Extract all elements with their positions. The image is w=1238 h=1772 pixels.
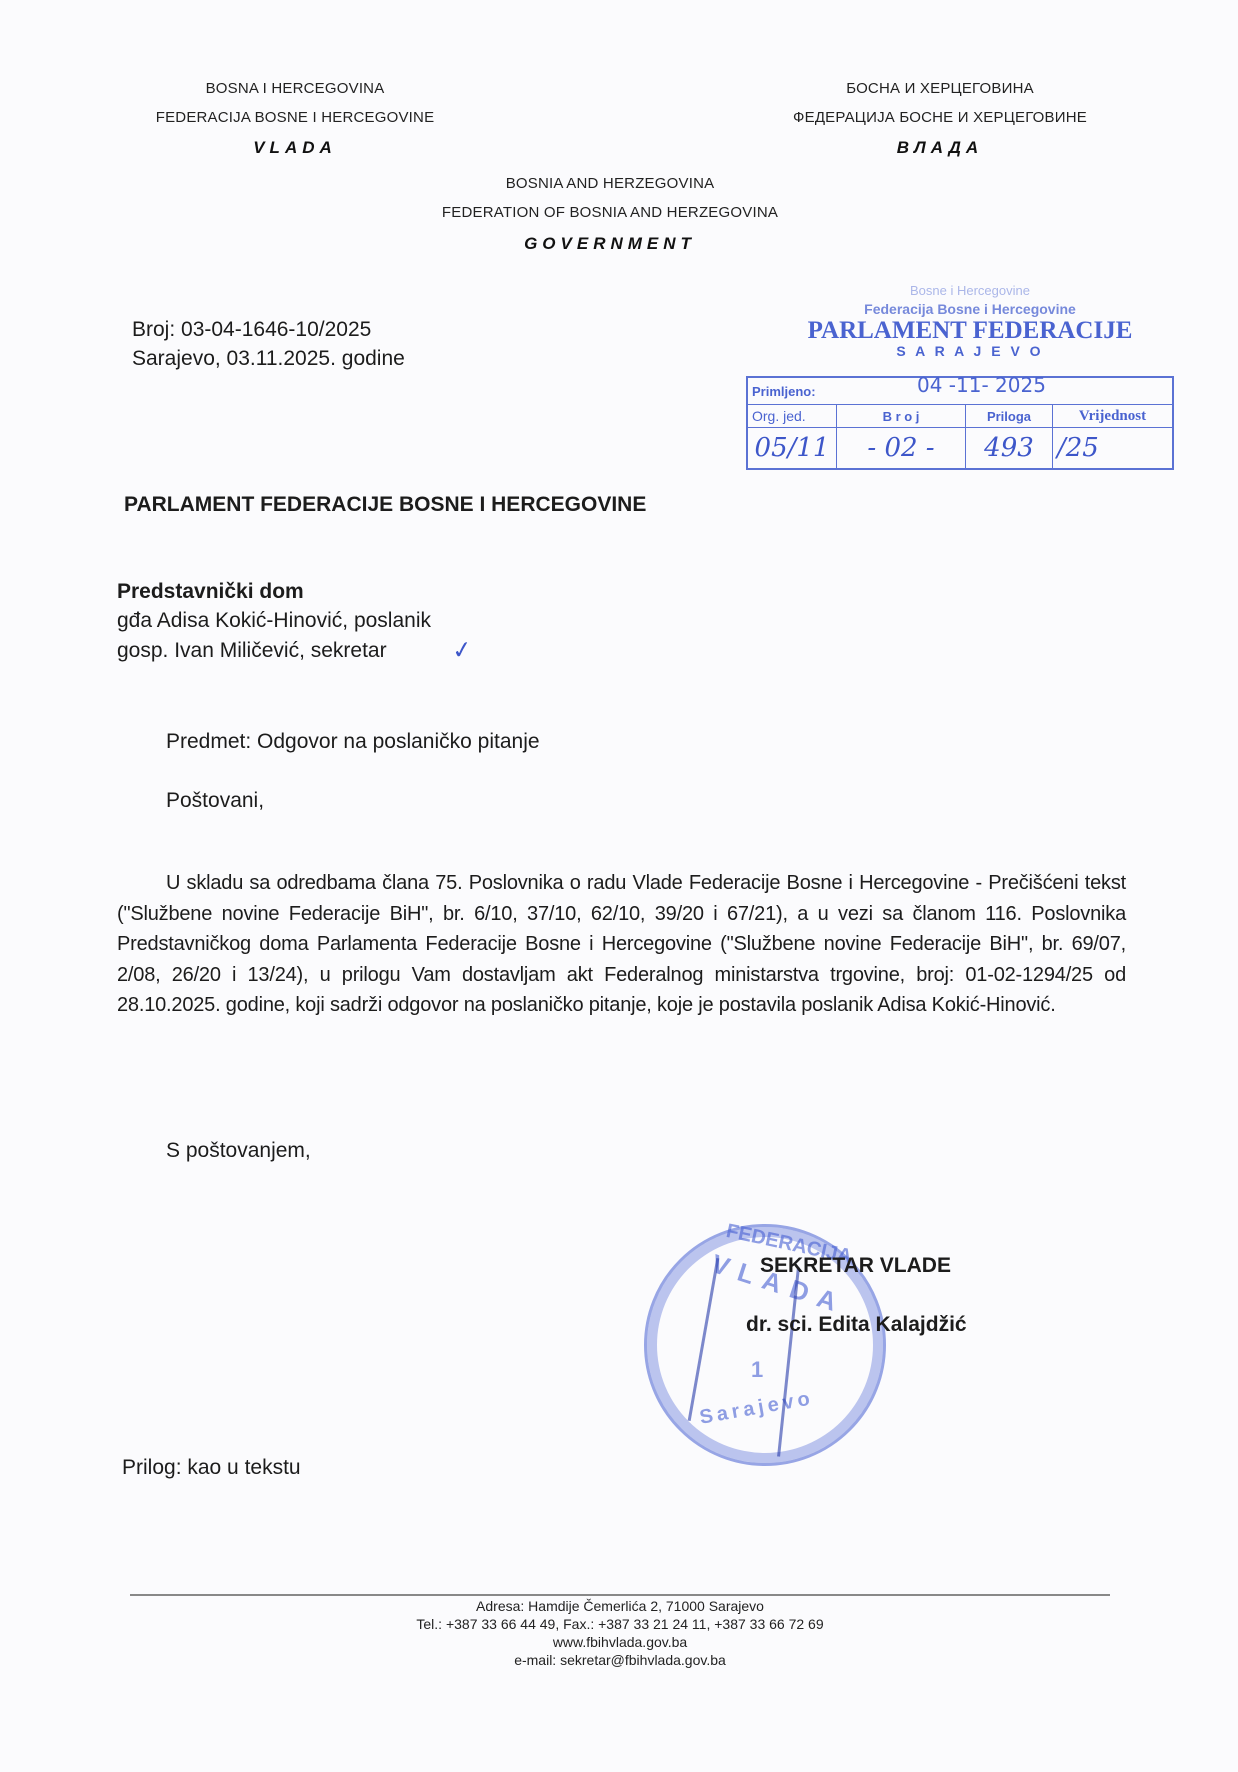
value-vrijednost: /25 bbox=[1053, 428, 1174, 470]
footer-phone: Tel.: +387 33 66 44 49, Fax.: +387 33 21… bbox=[130, 1616, 1110, 1633]
reference-number: Broj: 03-04-1646-10/2025 bbox=[132, 315, 371, 344]
recipient-house: Predstavnički dom bbox=[117, 577, 304, 606]
letterhead-center-title: GOVERNMENT bbox=[410, 234, 810, 254]
footer-website[interactable]: www.fbihvlada.gov.ba bbox=[130, 1634, 1110, 1651]
value-priloga: 493 bbox=[966, 428, 1053, 470]
col-priloga: Priloga bbox=[966, 405, 1053, 428]
col-vrijednost: Vrijednost bbox=[1053, 405, 1174, 428]
stamp-line3: PARLAMENT FEDERACIJE bbox=[760, 318, 1180, 343]
col-org: Org. jed. bbox=[747, 405, 837, 428]
footer-email[interactable]: e-mail: sekretar@fbihvlada.gov.ba bbox=[130, 1652, 1110, 1669]
letter-body: U skladu sa odredbama člana 75. Poslovni… bbox=[117, 868, 1126, 1021]
received-date: 04 -11- 2025 bbox=[917, 373, 1046, 397]
closing: S poštovanjem, bbox=[166, 1136, 311, 1165]
attachment-note: Prilog: kao u tekstu bbox=[122, 1453, 301, 1482]
stamp-line1: Bosne i Hercegovine bbox=[760, 284, 1180, 297]
signatory-name: dr. sci. Edita Kalajdžić bbox=[746, 1310, 967, 1339]
value-org: 05/11 bbox=[747, 428, 837, 470]
letterhead-right-line1: БОСНА И ХЕРЦЕГОВИНА bbox=[760, 80, 1120, 97]
signatory-title: SEKRETAR VLADE bbox=[760, 1251, 951, 1280]
value-broj: - 02 - bbox=[837, 428, 966, 470]
letterhead-right-line2: ФЕДЕРАЦИЈА БОСНЕ И ХЕРЦЕГОВИНЕ bbox=[760, 109, 1120, 126]
recipient-institution: PARLAMENT FEDERACIJE BOSNE I HERCEGOVINE bbox=[124, 490, 646, 519]
letterhead-center-line2: FEDERATION OF BOSNIA AND HERZEGOVINA bbox=[410, 204, 810, 221]
reference-date: Sarajevo, 03.11.2025. godine bbox=[132, 344, 405, 373]
letterhead-center-line1: BOSNIA AND HERZEGOVINA bbox=[410, 175, 810, 192]
signature-stroke bbox=[688, 1258, 720, 1421]
recipient-person1: gđa Adisa Kokić-Hinović, poslanik bbox=[117, 606, 431, 635]
footer-divider bbox=[130, 1594, 1110, 1596]
letterhead-left-line1: BOSNA I HERCEGOVINA bbox=[100, 80, 490, 97]
letterhead-right-title: ВЛАДА bbox=[760, 138, 1120, 158]
recipient-person2: gosp. Ivan Miličević, sekretar bbox=[117, 636, 387, 665]
seal-number: 1 bbox=[751, 1357, 763, 1383]
check-mark-icon: ✓ bbox=[450, 635, 474, 666]
col-broj: B r o j bbox=[837, 405, 966, 428]
stamp-line4: S A R A J E V O bbox=[760, 344, 1180, 358]
footer-address: Adresa: Hamdije Čemerlića 2, 71000 Saraj… bbox=[130, 1598, 1110, 1615]
letterhead-left-title: VLADA bbox=[100, 138, 490, 158]
stamp-line2: Federacija Bosne i Hercegovine bbox=[760, 302, 1180, 316]
salutation: Poštovani, bbox=[166, 786, 264, 815]
subject-line: Predmet: Odgovor na poslaničko pitanje bbox=[166, 727, 540, 756]
seal-city: Sarajevo bbox=[698, 1387, 816, 1430]
received-label: Primljeno: bbox=[752, 384, 816, 399]
receipt-register-table: Primljeno: 04 -11- 2025 Org. jed. B r o … bbox=[746, 376, 1174, 470]
letterhead-left-line2: FEDERACIJA BOSNE I HERCEGOVINE bbox=[100, 109, 490, 126]
